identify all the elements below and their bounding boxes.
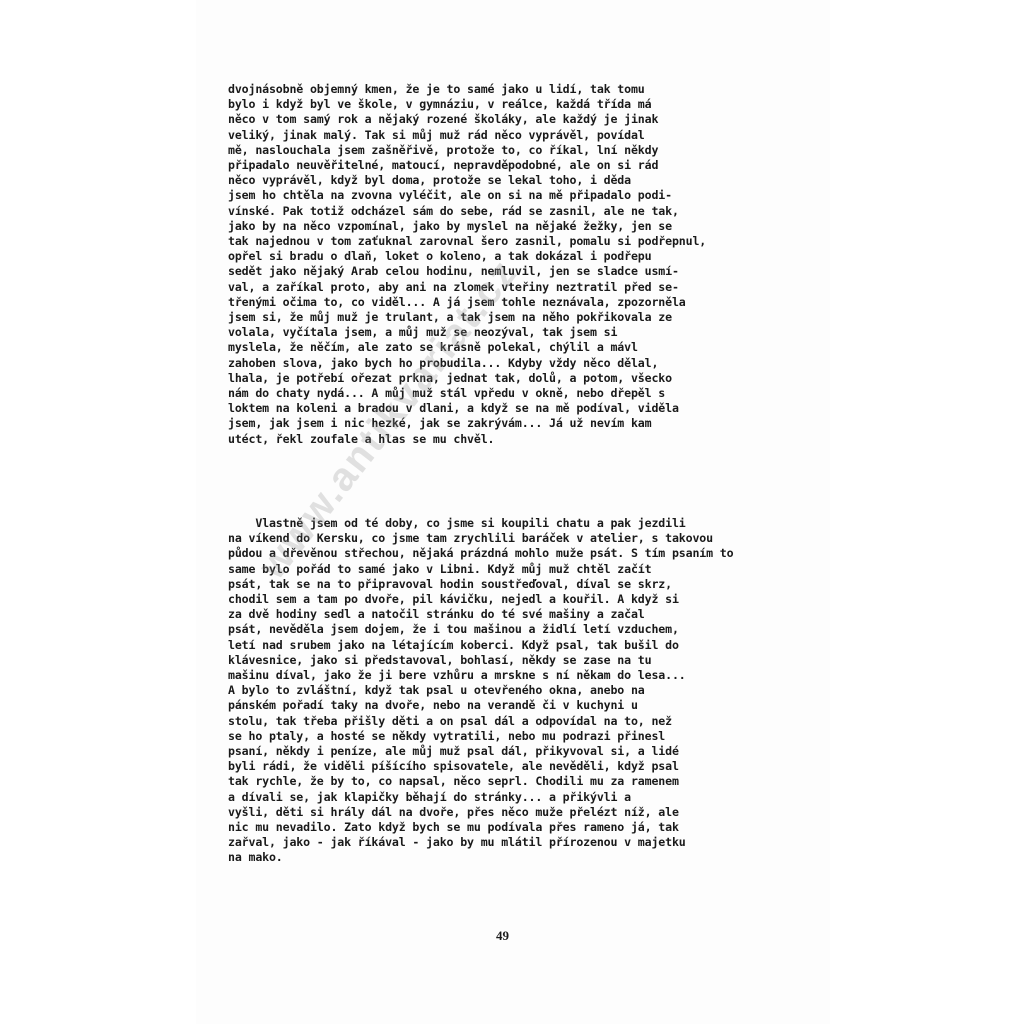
- text-line: vínské. Pak totiž odcházel sám do sebe, …: [228, 204, 788, 219]
- text-line: stolu, tak třeba přišly děti a on psal d…: [228, 714, 788, 729]
- text-line: A bylo to zvláštní, když tak psal u otev…: [228, 683, 788, 698]
- text-line: loktem na koleni a bradou v dlani, a kdy…: [228, 401, 788, 416]
- text-line: se ho ptaly, a hosté se někdy vytratili,…: [228, 729, 788, 744]
- text-line: tak rychle, že by to, co napsal, něco se…: [228, 774, 788, 789]
- text-line: volala, vyčítala jsem, a můj muž se neoz…: [228, 325, 788, 340]
- text-line: nám do chaty nydá... A můj muž stál vpře…: [228, 386, 788, 401]
- text-line: jsem ho chtěla na zvovna vyléčit, ale on…: [228, 188, 788, 203]
- text-line: utéct, řekl zoufale a hlas se mu chvěl.: [228, 432, 788, 447]
- text-line: něco v tom samý rok a nějaký rozené škol…: [228, 112, 788, 127]
- text-line: jako by na něco vzpomínal, jako by mysle…: [228, 219, 788, 234]
- text-line: pánském pořadí taky na dvoře, nebo na ve…: [228, 698, 788, 713]
- text-line: jsem si, že můj muž je trulant, a tak js…: [228, 310, 788, 325]
- text-line: chodil sem a tam po dvoře, pil kávičku, …: [228, 592, 788, 607]
- page-number: 49: [496, 928, 509, 944]
- text-line: dvojnásobně objemný kmen, že je to samé …: [228, 82, 788, 97]
- text-line: mašinu díval, jako že ji bere vzhůru a m…: [228, 668, 788, 683]
- text-line: psaní, někdy i peníze, ale můj muž psal …: [228, 744, 788, 759]
- text-line: jsem, jak jsem i nic hezké, jak se zakrý…: [228, 416, 788, 431]
- text-line: bylo i když byl ve škole, v gymnáziu, v …: [228, 97, 788, 112]
- text-line: zařval, jako - jak říkával - jako by mu …: [228, 835, 788, 850]
- text-line: mě, naslouchala jsem zašněřivě, protože …: [228, 143, 788, 158]
- text-line: same bylo pořád to samé jako v Libni. Kd…: [228, 562, 788, 577]
- text-line: letí nad srubem jako na létajícím koberc…: [228, 638, 788, 653]
- text-line: za dvě hodiny sedl a natočil stránku do …: [228, 607, 788, 622]
- text-line: lhala, je potřebí ořezat prkna, jednat t…: [228, 371, 788, 386]
- text-line: psát, nevěděla jsem dojem, že i tou maši…: [228, 622, 788, 637]
- text-line: opřel si bradu o dlaň, loket o koleno, a…: [228, 249, 788, 264]
- text-line: klávesnice, jako si představoval, bohlas…: [228, 653, 788, 668]
- text-line: a dívali se, jak klapičky běhají do strá…: [228, 790, 788, 805]
- text-line: tak najednou v tom zaťuknal zarovnal šer…: [228, 234, 788, 249]
- text-line: připadalo neuvěřitelné, matoucí, nepravd…: [228, 158, 788, 173]
- text-line: psát, tak se na to připravoval hodin sou…: [228, 577, 788, 592]
- text-line: veliký, jinak malý. Tak si můj muž rád n…: [228, 128, 788, 143]
- text-line: něco vyprávěl, když byl doma, protože se…: [228, 173, 788, 188]
- paragraph-2: Vlastně jsem od té doby, co jsme si koup…: [228, 516, 788, 866]
- text-line: myslela, že něčím, ale zato se krásně po…: [228, 340, 788, 355]
- text-line: byli rádi, že viděli píšícího spisovatel…: [228, 759, 788, 774]
- text-line: vyšli, děti si hrály dál na dvoře, přes …: [228, 805, 788, 820]
- text-line: zahoben slova, jako bych ho probudila...…: [228, 356, 788, 371]
- text-line: na mako.: [228, 850, 788, 865]
- text-line: nic mu nevadilo. Zato když bych se mu po…: [228, 820, 788, 835]
